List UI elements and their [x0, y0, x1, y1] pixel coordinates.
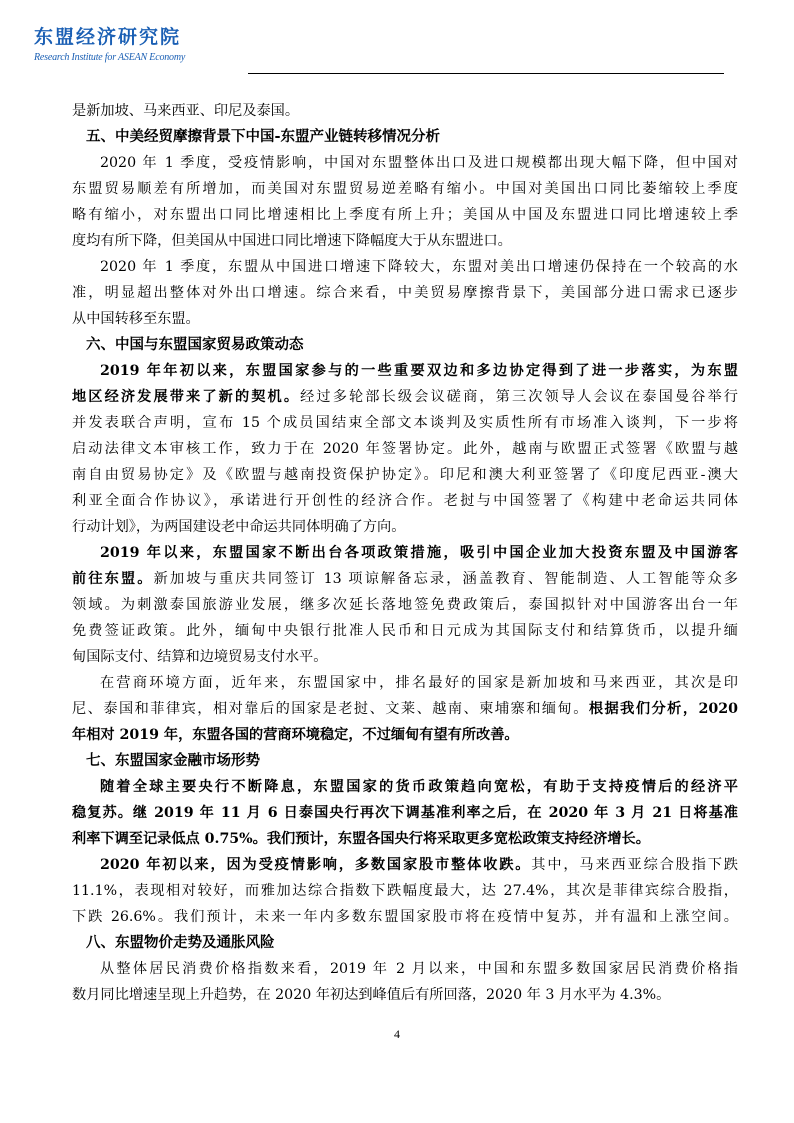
paragraph-line: 利亚全面合作协议》，承诺进行开创性的经济合作。老挝与中国签署了《构建中老命运共同…	[72, 488, 738, 514]
body-text: 尼、泰国和菲律宾，相对靠后的国家是老挝、文莱、越南、柬埔寨和缅甸。	[72, 701, 589, 717]
bold-text: 稳复苏。继 2019 年 11 月 6 日泰国央行再次下调基准利率之后，在 20…	[72, 805, 738, 821]
paragraph-line: 2019 年以来，东盟国家不断出台各项政策措施，吸引中国企业加大投资东盟及中国游…	[72, 540, 738, 566]
bold-text: 前往东盟。	[72, 571, 154, 587]
bold-text: 2019 年以来，东盟国家不断出台各项政策措施，吸引中国企业加大投资东盟及中国游…	[100, 545, 738, 561]
body-text: 略有缩小，对东盟出口同比增速相比上季度有所上升；美国从中国及东盟进口同比增速较上…	[72, 207, 738, 223]
body-text: 并发表联合声明，宣布 15 个成员国结束全部文本谈判及实质性所有市场准入谈判，下…	[72, 415, 738, 431]
paragraph-line: 2019 年年初以来，东盟国家参与的一些重要双边和多边协定得到了进一步落实，为东…	[72, 358, 738, 384]
section-heading: 七、东盟国家金融市场形势	[72, 748, 738, 774]
body-text: 启动法律文本审核工作，致力于在 2020 年签署协定。此外，越南与欧盟正式签署《…	[72, 441, 738, 457]
section-heading: 六、中国与东盟国家贸易政策动态	[72, 332, 738, 358]
section-heading: 八、东盟物价走势及通胀风险	[72, 930, 738, 956]
body-text: 南自由贸易协定》及《欧盟与越南投资保护协定》。印尼和澳大利亚签署了《印度尼西亚-…	[72, 467, 738, 483]
paragraph-line: 尼、泰国和菲律宾，相对靠后的国家是老挝、文莱、越南、柬埔寨和缅甸。根据我们分析，…	[72, 696, 738, 722]
paragraph-line: 准，明显超出整体对外出口增速。综合来看，中美贸易摩擦背景下，美国部分进口需求已逐…	[72, 280, 738, 306]
body-text: 利亚全面合作协议》，承诺进行开创性的经济合作。老挝与中国签署了《构建中老命运共同…	[72, 493, 738, 509]
bold-text: 2019 年年初以来，东盟国家参与的一些重要双边和多边协定得到了进一步落实，为东…	[100, 363, 738, 379]
body-text: 东盟贸易顺差有所增加，而美国对东盟贸易逆差略有缩小。中国对美国出口同比萎缩较上季…	[72, 181, 738, 197]
paragraph-line: 2020 年 1 季度，东盟从中国进口增速下降较大，东盟对美出口增速仍保持在一个…	[72, 254, 738, 280]
body-text: 2020 年 1 季度，受疫情影响，中国对东盟整体出口及进口规模都出现大幅下降，…	[100, 155, 738, 171]
section-heading: 五、中美经贸摩擦背景下中国-东盟产业链转移情况分析	[72, 124, 738, 150]
body-text: 2020 年 1 季度，东盟从中国进口增速下降较大，东盟对美出口增速仍保持在一个…	[100, 259, 738, 275]
bold-text: 2020 年初以来，因为受疫情影响，多数国家股市整体收跌。	[100, 857, 531, 873]
paragraph-line: 前往东盟。新加坡与重庆共同签订 13 项谅解备忘录，涵盖教育、智能制造、人工智能…	[72, 566, 738, 592]
paragraph-line: 行动计划》，为两国建设老中命运共同体明确了方向。	[72, 514, 738, 540]
bold-text: 年相对 2019 年，东盟各国的营商环境稳定，不过缅甸有望有所改善。	[72, 727, 519, 743]
paragraph-line: 利率下调至记录低点 0.75%。我们预计，东盟各国央行将采取更多宽松政策支持经济…	[72, 826, 738, 852]
paragraph-line: 在营商环境方面，近年来，东盟国家中，排名最好的国家是新加坡和马来西亚，其次是印	[72, 670, 738, 696]
paragraph-line: 南自由贸易协定》及《欧盟与越南投资保护协定》。印尼和澳大利亚签署了《印度尼西亚-…	[72, 462, 738, 488]
paragraph-line: 甸国际支付、结算和边境贸易支付水平。	[72, 644, 738, 670]
body-text: 经过多轮部长级会议磋商，第三次领导人会议在泰国曼谷举行	[300, 389, 738, 405]
header-divider	[248, 73, 724, 74]
paragraph-line: 2020 年初以来，因为受疫情影响，多数国家股市整体收跌。其中，马来西亚综合股指…	[72, 852, 738, 878]
body-text: 数月同比增速呈现上升趋势，在 2020 年初达到峰值后有所回落，2020 年 3…	[72, 987, 670, 1003]
paragraph-line: 度均有所下降，但美国从中国进口同比增速下降幅度大于从东盟进口。	[72, 228, 738, 254]
body-text: 在营商环境方面，近年来，东盟国家中，排名最好的国家是新加坡和马来西亚，其次是印	[100, 675, 738, 691]
report-logo-en: Research Institute for ASEAN Economy	[34, 52, 185, 63]
body-text: 甸国际支付、结算和边境贸易支付水平。	[72, 649, 327, 665]
paragraph-line: 2020 年 1 季度，受疫情影响，中国对东盟整体出口及进口规模都出现大幅下降，…	[72, 150, 738, 176]
body-text: 度均有所下降，但美国从中国进口同比增速下降幅度大于从东盟进口。	[72, 233, 512, 249]
body-text: 新加坡与重庆共同签订 13 项谅解备忘录，涵盖教育、智能制造、人工智能等众多	[154, 571, 738, 587]
paragraph-line: 并发表联合声明，宣布 15 个成员国结束全部文本谈判及实质性所有市场准入谈判，下…	[72, 410, 738, 436]
bold-text: 根据我们分析，2020	[589, 701, 738, 717]
paragraph-line: 东盟贸易顺差有所增加，而美国对东盟贸易逆差略有缩小。中国对美国出口同比萎缩较上季…	[72, 176, 738, 202]
body-text: 从中国转移至东盟。	[72, 311, 200, 327]
body-text: 领域。为刺激泰国旅游业发展，继多次延长落地签免费政策后，泰国拟针对中国游客出台一…	[72, 597, 738, 613]
paragraph-line: 领域。为刺激泰国旅游业发展，继多次延长落地签免费政策后，泰国拟针对中国游客出台一…	[72, 592, 738, 618]
report-logo-cn: 东盟经济研究院	[34, 22, 181, 49]
paragraph-line: 年相对 2019 年，东盟各国的营商环境稳定，不过缅甸有望有所改善。	[72, 722, 738, 748]
paragraph-line: 下跌 26.6%。我们预计，未来一年内多数东盟国家股市将在疫情中复苏，并有温和上…	[72, 904, 738, 930]
body-text: 下跌 26.6%。我们预计，未来一年内多数东盟国家股市将在疫情中复苏，并有温和上…	[72, 909, 738, 925]
paragraph-line: 从中国转移至东盟。	[72, 306, 738, 332]
body-text: 准，明显超出整体对外出口增速。综合来看，中美贸易摩擦背景下，美国部分进口需求已逐…	[72, 285, 738, 301]
body-text: 是新加坡、马来西亚、印尼及泰国。	[72, 103, 299, 119]
paragraph-line: 是新加坡、马来西亚、印尼及泰国。	[72, 98, 738, 124]
bold-text: 随着全球主要央行不断降息，东盟国家的货币政策趋向宽松，有助于支持疫情后的经济平	[100, 779, 738, 795]
paragraph-line: 免费签证政策。此外，缅甸中央银行批准人民币和日元成为其国际支付和结算货币，以提升…	[72, 618, 738, 644]
body-text: 免费签证政策。此外，缅甸中央银行批准人民币和日元成为其国际支付和结算货币，以提升…	[72, 623, 738, 639]
page-number: 4	[0, 1027, 794, 1042]
paragraph-line: 随着全球主要央行不断降息，东盟国家的货币政策趋向宽松，有助于支持疫情后的经济平	[72, 774, 738, 800]
body-text: 其中，马来西亚综合股指下跌	[531, 857, 738, 873]
bold-text: 地区经济发展带来了新的契机。	[72, 389, 300, 405]
paragraph-line: 略有缩小，对东盟出口同比增速相比上季度有所上升；美国从中国及东盟进口同比增速较上…	[72, 202, 738, 228]
bold-text: 利率下调至记录低点 0.75%。我们预计，东盟各国央行将采取更多宽松政策支持经济…	[72, 831, 650, 847]
paragraph-line: 地区经济发展带来了新的契机。经过多轮部长级会议磋商，第三次领导人会议在泰国曼谷举…	[72, 384, 738, 410]
body-text: 行动计划》，为两国建设老中命运共同体明确了方向。	[72, 519, 405, 535]
paragraph-line: 11.1%，表现相对较好，而雅加达综合指数下跌幅度最大，达 27.4%，其次是菲…	[72, 878, 738, 904]
paragraph-line: 从整体居民消费价格指数来看，2019 年 2 月以来，中国和东盟多数国家居民消费…	[72, 956, 738, 982]
paragraph-line: 启动法律文本审核工作，致力于在 2020 年签署协定。此外，越南与欧盟正式签署《…	[72, 436, 738, 462]
body-text: 11.1%，表现相对较好，而雅加达综合指数下跌幅度最大，达 27.4%，其次是菲…	[72, 883, 738, 899]
paragraph-line: 数月同比增速呈现上升趋势，在 2020 年初达到峰值后有所回落，2020 年 3…	[72, 982, 738, 1008]
document-body: 是新加坡、马来西亚、印尼及泰国。五、中美经贸摩擦背景下中国-东盟产业链转移情况分…	[72, 98, 738, 1008]
body-text: 从整体居民消费价格指数来看，2019 年 2 月以来，中国和东盟多数国家居民消费…	[100, 961, 738, 977]
paragraph-line: 稳复苏。继 2019 年 11 月 6 日泰国央行再次下调基准利率之后，在 20…	[72, 800, 738, 826]
